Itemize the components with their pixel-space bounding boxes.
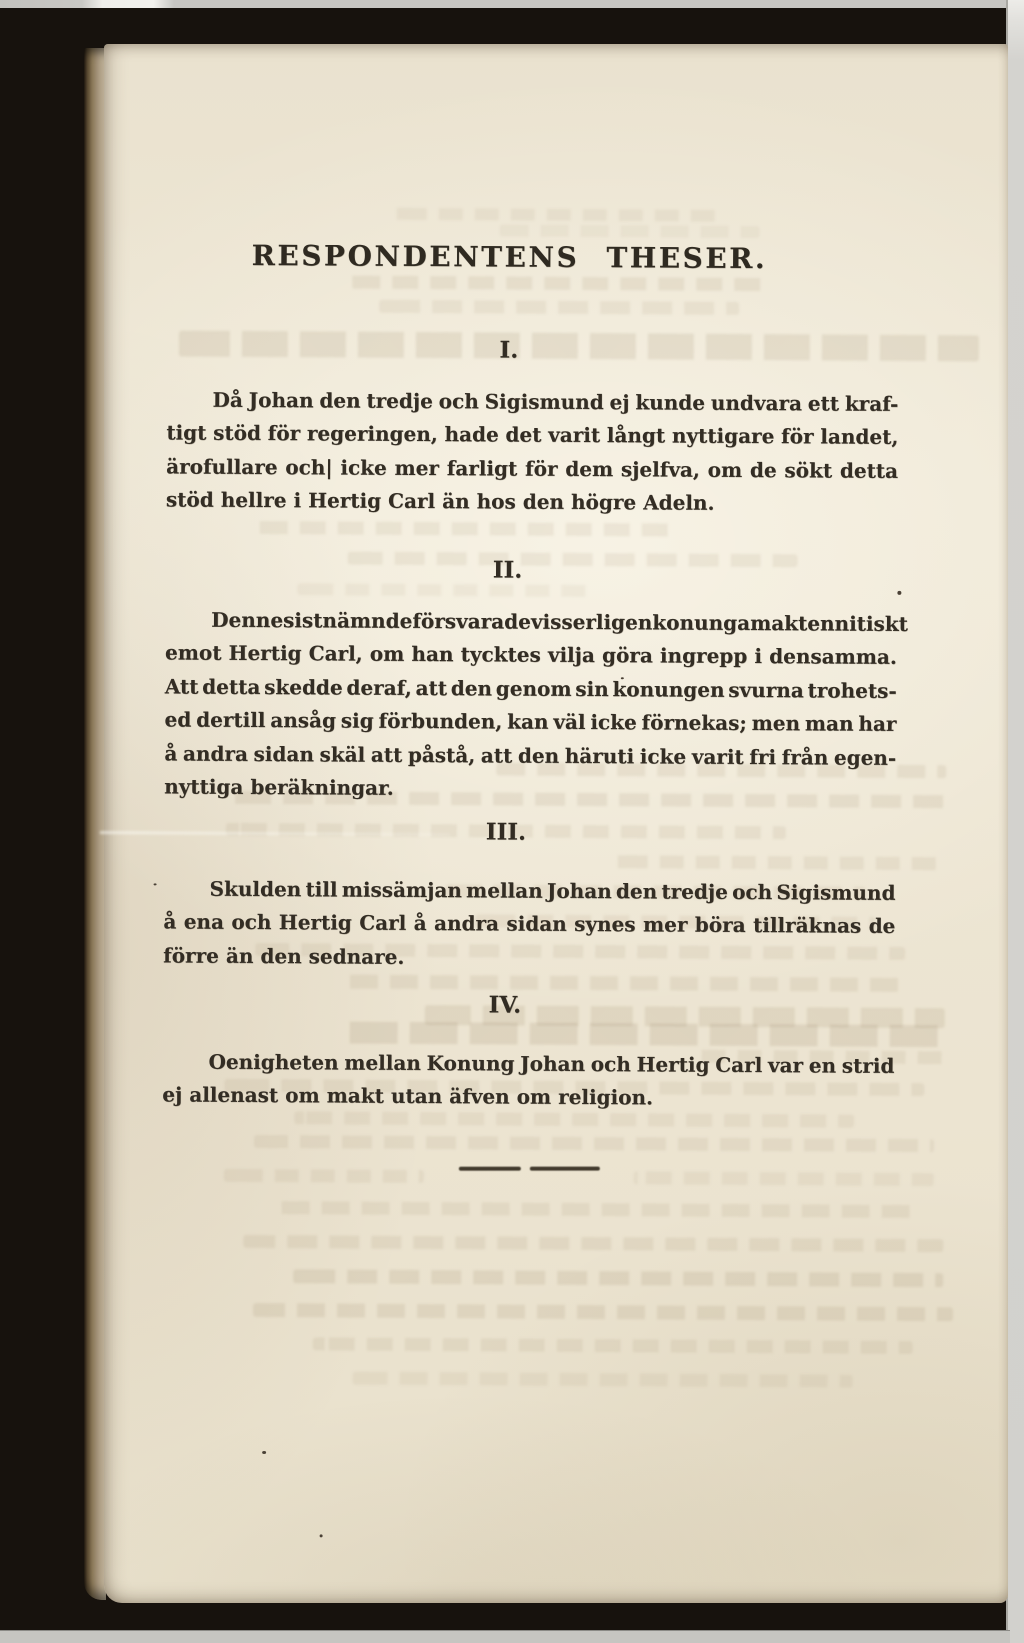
book: RESPONDENTENS THESER. I.DåJohandentredje… bbox=[84, 42, 1008, 1603]
word: Hertig bbox=[308, 488, 381, 512]
word: förbunden, bbox=[378, 709, 502, 734]
word: konungamakten bbox=[652, 610, 834, 635]
bleed-through-line bbox=[293, 1269, 943, 1287]
word: ed bbox=[165, 707, 192, 731]
word: varit bbox=[692, 744, 744, 768]
word: vilja bbox=[548, 643, 595, 667]
word: att bbox=[415, 675, 447, 699]
bleed-through-line bbox=[274, 1201, 914, 1218]
word: varit bbox=[548, 423, 600, 447]
word: andra bbox=[183, 741, 248, 765]
word: icke bbox=[340, 455, 387, 479]
word: Sigismund bbox=[485, 389, 604, 414]
word: och bbox=[732, 879, 772, 903]
section-numeral: I. bbox=[143, 334, 875, 365]
word: Oenigheten bbox=[208, 1049, 338, 1074]
word: religion. bbox=[558, 1085, 653, 1110]
word: tredje bbox=[661, 879, 728, 903]
word: mellan bbox=[466, 878, 543, 902]
word: böra bbox=[695, 913, 746, 937]
bleed-through-line bbox=[253, 1303, 953, 1321]
word: tredje bbox=[366, 388, 433, 412]
word: ingrepp bbox=[660, 643, 748, 668]
word: för bbox=[525, 456, 558, 480]
word: ärofullare bbox=[166, 454, 278, 479]
word: ej bbox=[162, 1082, 182, 1106]
word: å bbox=[414, 911, 427, 935]
thesis-line: tigtstödförregeringen,hadedetvaritlångtn… bbox=[166, 411, 898, 449]
word: nitiskt bbox=[835, 611, 908, 635]
word: göra bbox=[602, 643, 653, 667]
word: i bbox=[754, 644, 762, 668]
section-numeral: IV. bbox=[139, 989, 871, 1020]
word: Johan bbox=[520, 1051, 585, 1075]
thesis-paragraph: Dennesistnämndeförsvaradevisserligenkonu… bbox=[164, 597, 897, 802]
word: Sigismund bbox=[776, 880, 895, 905]
word: strid bbox=[842, 1053, 895, 1077]
word: deraf, bbox=[346, 675, 411, 699]
word: påstå, bbox=[408, 742, 476, 766]
bleed-through-line bbox=[379, 300, 739, 315]
bleed-through-line bbox=[345, 975, 905, 992]
word: undvara bbox=[711, 390, 802, 415]
thesis-line: OenighetenmellanKonungJohanochHertigCarl… bbox=[162, 1039, 894, 1077]
word: har bbox=[858, 712, 896, 736]
word: detta bbox=[202, 674, 260, 698]
word: om bbox=[708, 457, 743, 481]
word: kan bbox=[507, 710, 549, 734]
word: den bbox=[523, 490, 564, 514]
word: Då bbox=[212, 387, 242, 411]
word: högre bbox=[571, 490, 636, 514]
word: tycktes bbox=[461, 642, 541, 666]
thesis-line: förreändensednare. bbox=[163, 933, 895, 971]
word: förre bbox=[163, 943, 219, 967]
word: fri bbox=[749, 744, 776, 768]
word: en bbox=[809, 1053, 836, 1077]
word: mer bbox=[643, 912, 688, 936]
word: beräkningar. bbox=[250, 775, 394, 800]
word: väl bbox=[553, 710, 585, 734]
ink-speck bbox=[621, 677, 624, 679]
word: dem bbox=[565, 456, 613, 480]
word: densamma. bbox=[769, 644, 897, 669]
word: och bbox=[231, 910, 271, 934]
word: mer bbox=[394, 455, 439, 479]
word: de bbox=[869, 914, 896, 938]
word: sidan bbox=[253, 741, 313, 765]
word: detta bbox=[840, 458, 898, 482]
word: om bbox=[285, 1083, 320, 1107]
thesis-line: stödhellreiHertigCarlänhosdenhögreAdeln. bbox=[166, 478, 898, 516]
bleed-through-line bbox=[500, 224, 760, 238]
word: regeringen, bbox=[307, 421, 438, 446]
word: makt bbox=[327, 1083, 384, 1107]
word: Hertig bbox=[636, 1052, 709, 1076]
word: farligt bbox=[447, 456, 518, 480]
word: den bbox=[260, 944, 301, 968]
thesis-line: ärofullareoch|ickemerfarligtfördemsjelfv… bbox=[166, 444, 898, 482]
word: Denne bbox=[211, 607, 283, 631]
word: genom bbox=[496, 676, 572, 700]
thesis-line: åandrasidanskälattpåstå,attdenhärutiicke… bbox=[164, 731, 896, 769]
word: den bbox=[319, 388, 360, 412]
word: kunde bbox=[635, 390, 705, 414]
word: nyttigare bbox=[672, 424, 775, 449]
word: att bbox=[371, 742, 403, 766]
bleed-through-line bbox=[243, 1235, 943, 1252]
word: utan bbox=[391, 1084, 442, 1108]
word: synes bbox=[574, 912, 636, 936]
word: att bbox=[481, 743, 513, 767]
word: Johan bbox=[249, 387, 314, 411]
word: visserligen bbox=[531, 609, 653, 634]
word: Att bbox=[165, 674, 199, 698]
word: Skulden bbox=[209, 876, 301, 901]
bleed-through-line bbox=[353, 1372, 853, 1388]
word: sidan bbox=[506, 912, 566, 936]
word: om bbox=[370, 642, 405, 666]
word: för bbox=[268, 421, 301, 445]
word: man bbox=[805, 711, 854, 735]
divider-dash bbox=[530, 1167, 600, 1171]
word: och bbox=[439, 389, 479, 413]
word: och bbox=[591, 1052, 631, 1076]
page-title: RESPONDENTENS THESER. bbox=[143, 238, 875, 275]
scanner-edge-bottom bbox=[0, 1630, 1010, 1643]
word: icke bbox=[640, 744, 687, 768]
word: den bbox=[518, 743, 559, 767]
word: än bbox=[442, 489, 470, 513]
word: från bbox=[782, 745, 829, 769]
word: i bbox=[293, 488, 301, 512]
word: den bbox=[451, 676, 492, 700]
thesis-line: SkuldentillmissämjanmellanJohandentredje… bbox=[163, 866, 895, 904]
page-content: RESPONDENTENS THESER. I.DåJohandentredje… bbox=[95, 42, 1009, 1606]
word: för bbox=[781, 424, 814, 448]
word: mellan bbox=[344, 1050, 421, 1074]
paper-page: RESPONDENTENS THESER. I.DåJohandentredje… bbox=[104, 44, 1008, 1603]
word: stöd bbox=[213, 421, 261, 445]
bleed-through-line bbox=[313, 1337, 913, 1354]
word: Carl bbox=[359, 911, 406, 935]
word: Carl, bbox=[309, 641, 363, 665]
word: sjelfva, bbox=[621, 457, 700, 481]
word: Hertig bbox=[229, 641, 302, 665]
scanner-edge-top bbox=[0, 0, 1024, 8]
ink-speck bbox=[154, 883, 157, 885]
bleed-through-line bbox=[390, 208, 720, 222]
thesis-paragraph: SkuldentillmissämjanmellanJohandentredje… bbox=[163, 866, 896, 971]
word: Hertig bbox=[279, 910, 352, 934]
bleed-through-line bbox=[224, 1169, 424, 1183]
word: å bbox=[163, 909, 176, 933]
word: förnekas; bbox=[641, 710, 746, 735]
word: hos bbox=[477, 489, 516, 513]
word: och| bbox=[285, 455, 332, 479]
word: tillräknas bbox=[753, 913, 861, 938]
scanned-book-page: { "document": { "title": "RESPONDENTENS … bbox=[0, 0, 1024, 1643]
ink-speck bbox=[897, 591, 901, 595]
word: till bbox=[305, 877, 337, 901]
word: häruti bbox=[565, 743, 635, 767]
bleed-through-line bbox=[616, 855, 946, 870]
word: icke bbox=[590, 710, 637, 734]
word: landet, bbox=[820, 424, 898, 448]
divider-dash bbox=[459, 1167, 521, 1171]
bleed-through-line bbox=[349, 276, 769, 292]
word: å bbox=[164, 741, 177, 765]
thesis-paragraph: OenighetenmellanKonungJohanochHertigCarl… bbox=[162, 1039, 894, 1110]
word: Johan bbox=[547, 878, 612, 902]
word: dertill bbox=[196, 708, 265, 732]
section-numeral: III. bbox=[140, 816, 872, 847]
word: de bbox=[750, 457, 777, 481]
section-numeral: II. bbox=[141, 554, 873, 585]
word: kraf- bbox=[845, 391, 899, 415]
word: Carl bbox=[388, 489, 435, 513]
word: konungen bbox=[612, 677, 724, 702]
ink-speck bbox=[262, 1451, 266, 1454]
word: emot bbox=[165, 640, 222, 664]
word: tigt bbox=[166, 420, 206, 444]
word: Adeln. bbox=[643, 490, 714, 514]
word: svurna bbox=[728, 677, 804, 701]
bleed-through-line bbox=[254, 1135, 934, 1152]
thesis-line: Attdettaskeddederaf,attdengenomsinkonung… bbox=[165, 664, 897, 702]
thesis-line: eddertillansågsigförbunden,kanvälickeför… bbox=[165, 698, 897, 736]
word: var bbox=[768, 1053, 803, 1077]
word: försvarade bbox=[412, 608, 531, 633]
word: han bbox=[411, 642, 453, 666]
word: långt bbox=[607, 423, 665, 447]
scanner-edge-right bbox=[1006, 0, 1024, 1643]
word: sig bbox=[341, 709, 374, 733]
word: sin bbox=[575, 676, 609, 700]
word: stöd bbox=[166, 487, 214, 511]
word: sistnämnde bbox=[283, 608, 412, 633]
word: ena bbox=[184, 910, 224, 934]
thesis-line: Dennesistnämndeförsvaradevisserligenkonu… bbox=[165, 597, 897, 635]
ink-speck bbox=[320, 1534, 323, 1537]
bleed-through-line bbox=[297, 583, 597, 597]
word: hade bbox=[444, 422, 498, 446]
word: sednare. bbox=[309, 944, 405, 969]
word: men bbox=[752, 711, 801, 735]
thesis-line: DåJohandentredjeochSigismundejkundeundva… bbox=[166, 377, 898, 415]
thesis-line: emotHertigCarl,omhantycktesviljagöraingr… bbox=[165, 631, 897, 669]
word: ansåg bbox=[270, 708, 336, 732]
word: andra bbox=[434, 911, 499, 935]
word: Konung bbox=[427, 1051, 515, 1076]
bleed-through-line bbox=[634, 1171, 934, 1186]
word: hellre bbox=[221, 488, 287, 512]
word: om bbox=[517, 1085, 552, 1109]
word: trohets- bbox=[807, 678, 896, 703]
word: ett bbox=[808, 391, 839, 415]
word: det bbox=[505, 423, 541, 447]
bleed-through-line bbox=[294, 1111, 854, 1127]
word: missämjan bbox=[342, 877, 462, 902]
word: den bbox=[616, 879, 657, 903]
word: äfven bbox=[449, 1084, 510, 1108]
word: Carl bbox=[715, 1052, 762, 1076]
thesis-line: åenaochHertigCarlåandrasidansynesmerböra… bbox=[163, 900, 895, 938]
bleed-through-line bbox=[258, 521, 678, 537]
word: egen- bbox=[834, 745, 896, 769]
thesis-line: ejallenastommaktutanäfvenomreligion. bbox=[162, 1073, 894, 1111]
word: sökt bbox=[784, 458, 832, 482]
word: ej bbox=[609, 390, 629, 414]
word: än bbox=[226, 943, 254, 967]
thesis-line: nyttigaberäkningar. bbox=[164, 765, 896, 803]
word: skedde bbox=[264, 675, 343, 699]
word: allenast bbox=[189, 1083, 278, 1108]
word: skäl bbox=[319, 742, 365, 766]
thesis-paragraph: DåJohandentredjeochSigismundejkundeundva… bbox=[166, 377, 899, 515]
word: nyttiga bbox=[164, 774, 243, 798]
end-divider bbox=[459, 1167, 600, 1171]
